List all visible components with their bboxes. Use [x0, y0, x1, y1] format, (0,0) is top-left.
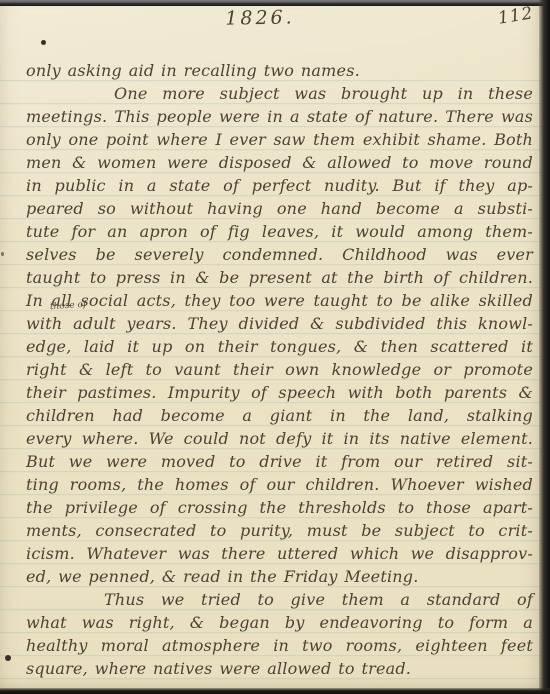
manuscript-line: In all social acts, they too were taught…: [26, 289, 533, 312]
manuscript-line: ting rooms, the homes of our children. W…: [26, 473, 533, 496]
manuscript-line: what was right, & began by endeavoring t…: [26, 611, 533, 634]
manuscript-line: in public in a state of perfect nudity. …: [26, 174, 533, 197]
manuscript-line: healthy moral atmosphere in two rooms, e…: [26, 634, 533, 657]
photo-edge-bottom: [0, 688, 550, 694]
manuscript-line: only asking aid in recalling two names.: [26, 59, 533, 82]
year-heading: 1826.: [0, 2, 520, 33]
manuscript-line: square, where natives were allowed to tr…: [26, 657, 533, 680]
manuscript-line: Thus we tried to give them a standard of: [26, 588, 533, 611]
photo-edge-top: [0, 0, 550, 6]
page-number: 112: [496, 3, 534, 28]
ink-speck: [1, 252, 4, 256]
manuscript-line: with adult years. They divided & subdivi…: [26, 312, 533, 335]
manuscript-line: right & left to vaunt their own knowledg…: [26, 358, 533, 381]
manuscript-line: icism. Whatever was there uttered which …: [26, 542, 533, 565]
manuscript-line: One more subject was brought up in these: [26, 82, 533, 105]
manuscript-line: ed, we penned, & read in the Friday Meet…: [26, 565, 533, 588]
manuscript-line: taught to press in & be present at the b…: [26, 266, 533, 289]
ink-speck: [41, 40, 46, 45]
manuscript-line: every where. We could not defy it in its…: [26, 427, 533, 450]
manuscript-page: 1826. 112 only asking aid in recalling t…: [0, 0, 550, 694]
manuscript-line: But we were moved to drive it from our r…: [26, 450, 533, 473]
manuscript-line: edge, laid it up on their tongues, & the…: [26, 335, 533, 358]
photo-edge-right: [539, 0, 550, 694]
manuscript-line: their pastimes. Impurity of speech with …: [26, 381, 533, 404]
manuscript-line: peared so without having one hand become…: [26, 197, 533, 220]
manuscript-line: the privilege of crossing the thresholds…: [26, 496, 533, 519]
manuscript-line: children had become a giant in the land,…: [26, 404, 533, 427]
manuscript-line: selves be severely condemned. Childhood …: [26, 243, 533, 266]
manuscript-line: only one point where I ever saw them exh…: [26, 128, 533, 151]
manuscript-line: meetings. This people were in a state of…: [26, 105, 533, 128]
manuscript-line: men & women were disposed & allowed to m…: [26, 151, 533, 174]
manuscript-line: ments, consecrated to purity, must be su…: [26, 519, 533, 542]
manuscript-text: only asking aid in recalling two names. …: [26, 59, 533, 680]
manuscript-line: tute for an apron of fig leaves, it woul…: [26, 220, 533, 243]
ink-speck: [5, 655, 11, 661]
